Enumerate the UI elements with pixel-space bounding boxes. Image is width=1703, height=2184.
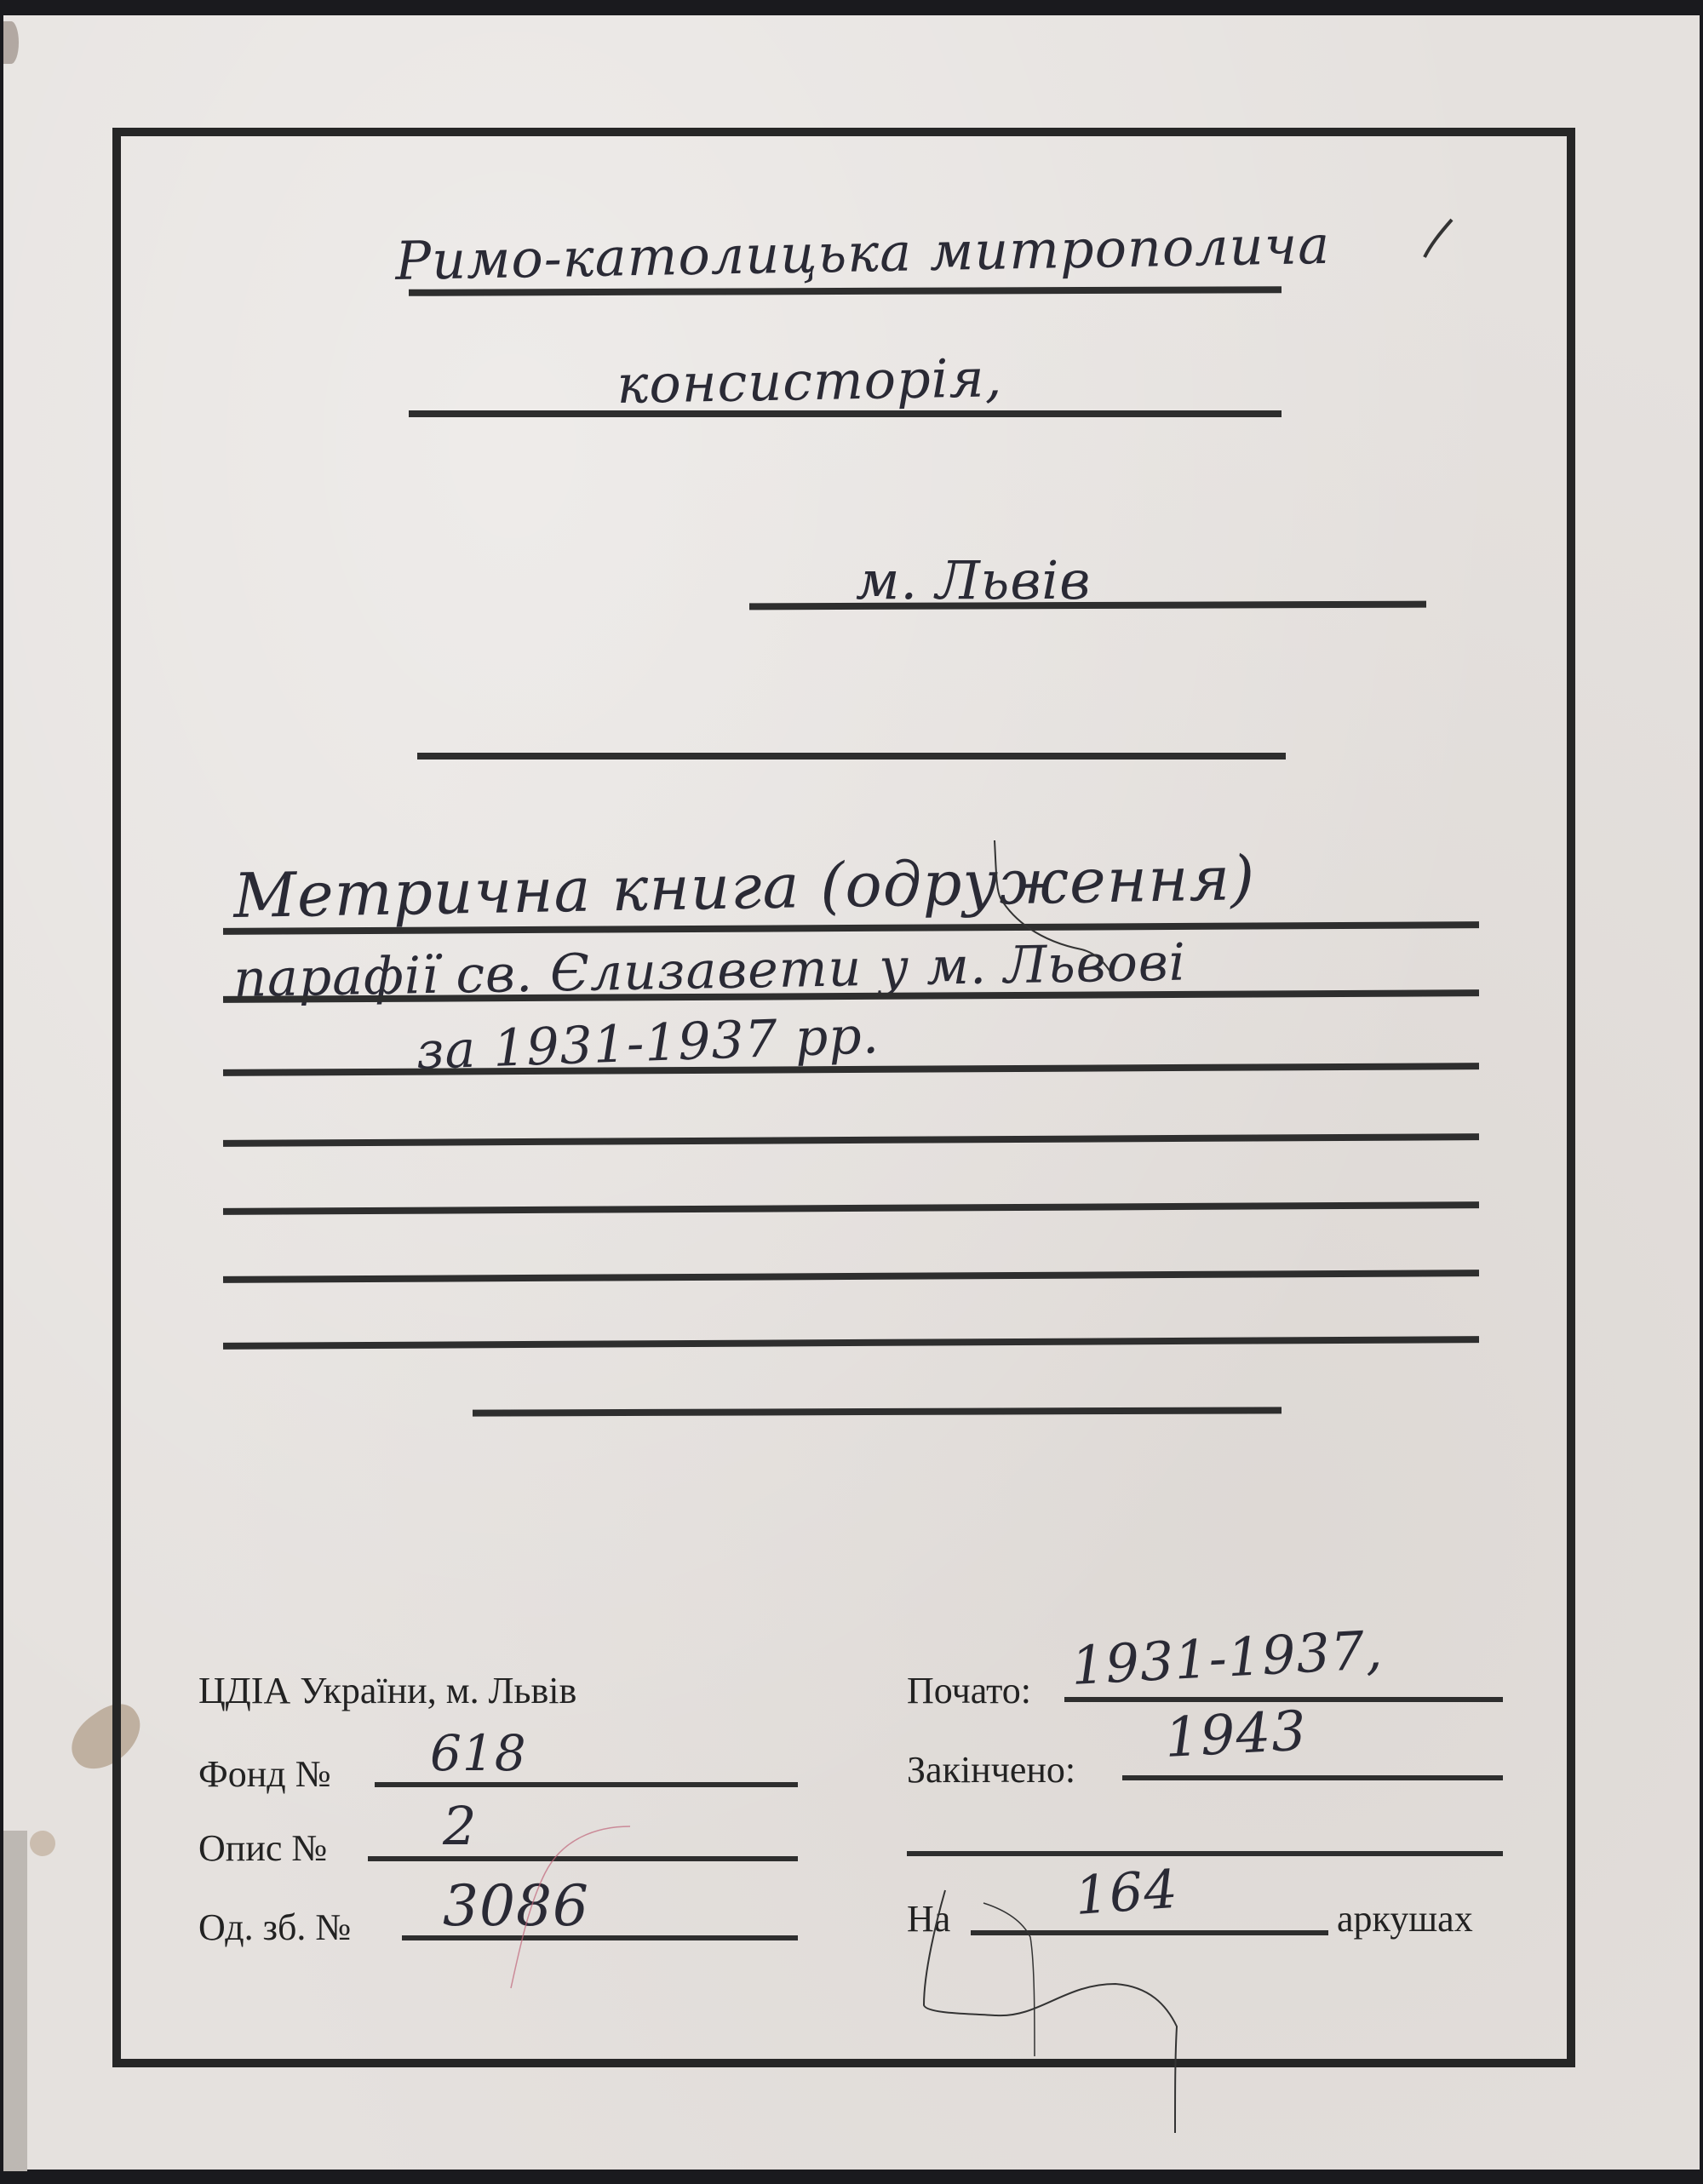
- opys-label: Опис №: [198, 1826, 327, 1870]
- item-value: 3086: [443, 1873, 589, 1939]
- sheets-prefix-label: На: [907, 1897, 950, 1940]
- opys-value: 2: [443, 1795, 477, 1857]
- fond-value: 618: [430, 1724, 527, 1782]
- started-label: Почато:: [907, 1669, 1031, 1712]
- fond-label: Фонд №: [198, 1752, 331, 1796]
- opys-underline: [368, 1856, 798, 1861]
- cover-spine-edge: [3, 1831, 27, 2171]
- blank-underline: [907, 1851, 1503, 1856]
- finished-label: Закінчено:: [907, 1748, 1075, 1791]
- sheets-suffix-label: аркушах: [1337, 1897, 1473, 1940]
- archive-name: ЦДІА України, м. Львів: [198, 1669, 576, 1712]
- sheets-value: 164: [1073, 1858, 1180, 1927]
- finished-value: 1943: [1163, 1700, 1309, 1770]
- item-label: Од. зб. №: [198, 1906, 351, 1949]
- finished-underline: [1122, 1775, 1503, 1780]
- corner-stain: [3, 21, 19, 64]
- underline-blank: [417, 753, 1286, 760]
- fond-underline: [375, 1782, 798, 1787]
- underline-institution-2: [409, 410, 1282, 417]
- sheets-underline: [971, 1930, 1328, 1935]
- institution-line-2: консисторія,: [616, 347, 1003, 416]
